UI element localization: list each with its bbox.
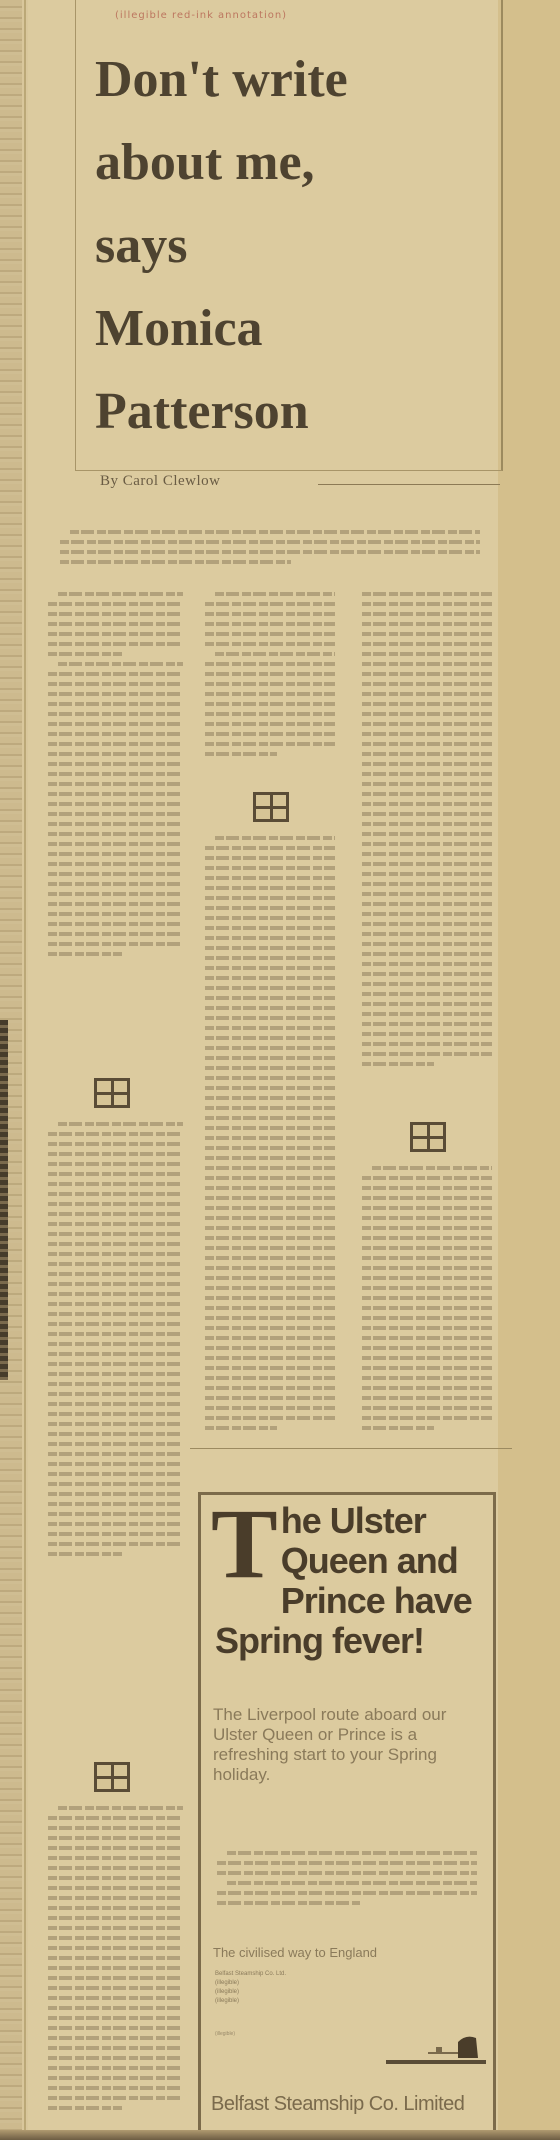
headline-line: Patterson [95, 383, 309, 440]
article-intro [60, 530, 480, 570]
body-column-3 [362, 592, 492, 1072]
ad-dropcap: T [211, 1505, 277, 1583]
advertisement-divider [190, 1448, 512, 1449]
body-text-lines [362, 1166, 492, 1430]
body-text-lines [48, 1806, 183, 2110]
ad-body [217, 1851, 477, 1911]
byline: By Carol Clewlow [100, 473, 221, 490]
ad-company-name: Belfast Steamship Co. Limited [211, 2093, 481, 2116]
intro-text-lines [60, 530, 480, 564]
body-column-1 [48, 592, 183, 962]
article-headline: Don't write about me, says Monica Patter… [95, 38, 425, 453]
body-text-lines [205, 836, 335, 1430]
body-column-2 [205, 592, 335, 762]
ad-address-line: (illegible) [215, 1988, 375, 1997]
section-break-icon [94, 1078, 130, 1108]
body-column-1-end [48, 1806, 183, 2116]
advertisement: The Ulster Queen and Prince have Spring … [198, 1492, 496, 2137]
body-text-lines [48, 592, 183, 956]
ad-subhead: The Liverpool route aboard our Ulster Qu… [213, 1705, 463, 1785]
ad-address-line: (illegible) [215, 1997, 375, 2006]
ad-fine-print: (illegible) [215, 2030, 355, 2038]
headline-line: says [95, 217, 187, 274]
adjacent-article-dark-edge [0, 1020, 8, 1380]
ad-address-line: Belfast Steamship Co. Ltd. [215, 1970, 375, 1979]
ad-body-lines [217, 1851, 477, 1905]
headline-line: about me, [95, 134, 315, 191]
section-break-icon [94, 1762, 130, 1792]
adjacent-article-strip [0, 0, 22, 2140]
headline-line: Don't write [95, 51, 348, 108]
page-margin [498, 0, 560, 2140]
section-break-icon [410, 1122, 446, 1152]
body-column-3-continued [362, 1166, 492, 1436]
column-rule [24, 0, 26, 2140]
body-column-1-continued [48, 1122, 183, 1562]
body-text-lines [205, 592, 335, 756]
body-text-lines [362, 592, 492, 1066]
ad-address: Belfast Steamship Co. Ltd. (illegible) (… [215, 1970, 375, 2006]
ad-address-line: (illegible) [215, 1979, 375, 1988]
handwritten-note: (illegible red-ink annotation) [115, 10, 475, 21]
page-bottom-edge [0, 2130, 560, 2140]
ad-headline: The Ulster Queen and Prince have Spring … [215, 1501, 485, 1661]
ship-icon [386, 2030, 486, 2070]
byline-rule [318, 484, 500, 485]
section-break-icon [253, 792, 289, 822]
ad-tagline: The civilised way to England [213, 1945, 377, 1960]
headline-line: Monica [95, 300, 263, 357]
body-column-2-continued [205, 836, 335, 1436]
body-text-lines [48, 1122, 183, 1556]
